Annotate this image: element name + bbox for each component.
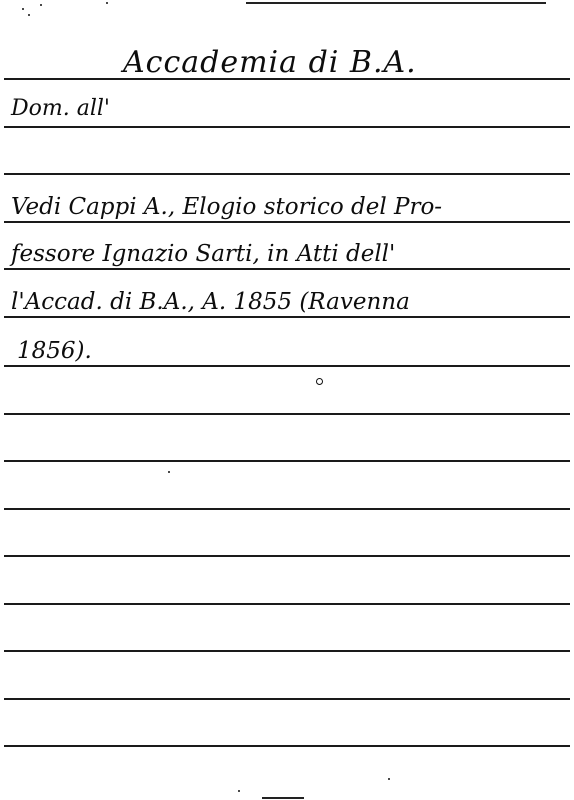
ink-dot [316,378,323,385]
card-bottom-mark [262,797,304,799]
speck [388,778,390,780]
ruled-line [4,745,570,747]
speck [22,8,24,10]
speck [28,14,30,16]
card-text-line: Vedi Cappi A., Elogio storico del Pro- [8,196,445,219]
ruled-line [4,460,570,462]
ruled-line [4,365,570,367]
card-subheading: Dom. all' [8,98,113,120]
card-heading: Accademia di B.A. [120,48,420,78]
ruled-line [4,413,570,415]
ruled-line [4,221,570,223]
ruled-line [4,698,570,700]
ruled-line [4,173,570,175]
card-text-line: l'Accad. di B.A., A. 1855 (Ravenna [8,291,413,314]
ruled-line [4,126,570,128]
speck [238,790,240,792]
card-text-line: 1856). [14,340,95,363]
index-card: Accademia di B.A. Dom. all' Vedi Cappi A… [0,0,574,800]
speck [40,4,42,6]
speck [168,471,170,473]
ruled-line [4,603,570,605]
ruled-line [4,268,570,270]
ruled-line [4,316,570,318]
card-top-edge [246,2,546,4]
ruled-line [4,650,570,652]
speck [106,2,108,4]
card-text-line: fessore Ignazio Sarti, in Atti dell' [8,243,398,266]
ruled-line [4,508,570,510]
ruled-line [4,555,570,557]
